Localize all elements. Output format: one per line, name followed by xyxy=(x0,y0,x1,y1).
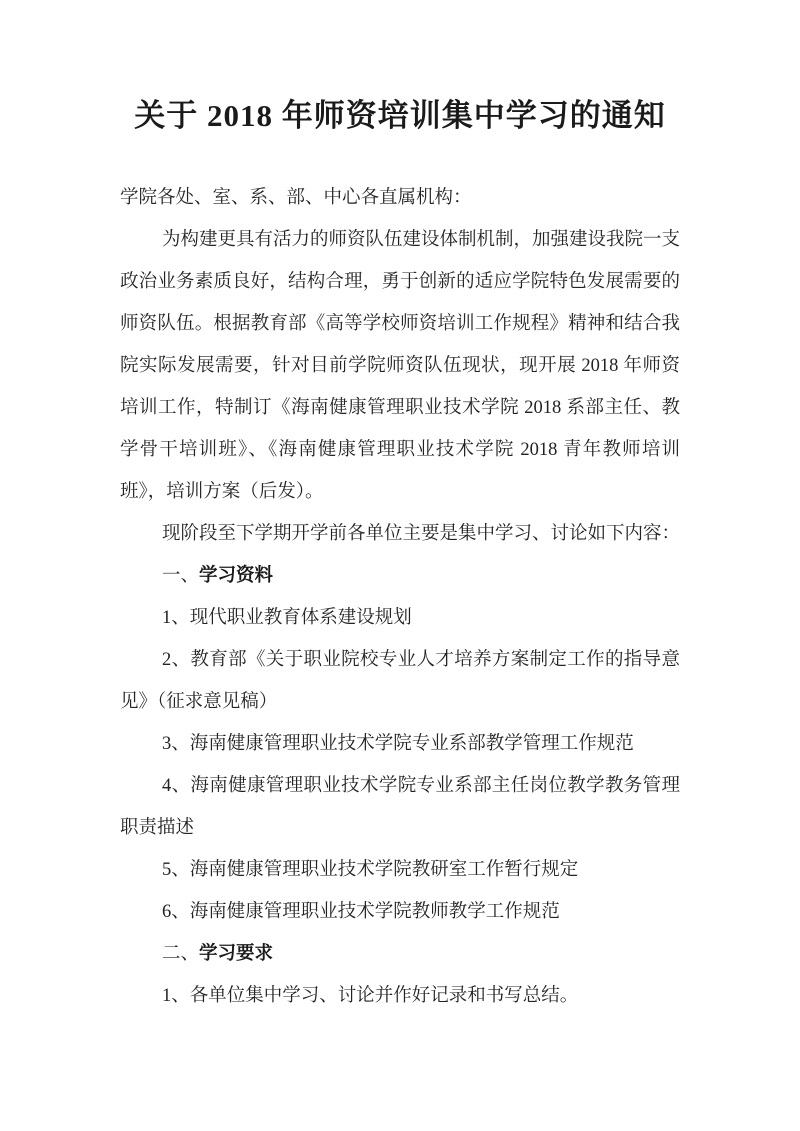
paragraph1-line-6: 学骨干培训班》、《海南健康管理职业技术学院 2018 青年教师培训 xyxy=(120,429,680,471)
paragraph2-line: 现阶段至下学期开学前各单位主要是集中学习、讨论如下内容： xyxy=(120,513,680,555)
list-item-6: 6、海南健康管理职业技术学院教师教学工作规范 xyxy=(120,891,680,933)
section2-number: 二、 xyxy=(162,944,199,964)
list-item-3: 3、海南健康管理职业技术学院专业系部教学管理工作规范 xyxy=(120,723,680,765)
paragraph1-line-1: 为构建更具有活力的师资队伍建设体制机制，加强建设我院一支 xyxy=(120,219,680,261)
list-item-1: 1、现代职业教育体系建设规划 xyxy=(120,597,680,639)
paragraph1-line-2: 政治业务素质良好，结构合理，勇于创新的适应学院特色发展需要的 xyxy=(120,261,680,303)
salutation-line: 学院各处、室、系、部、中心各直属机构： xyxy=(120,177,680,219)
list-item-5: 5、海南健康管理职业技术学院教研室工作暂行规定 xyxy=(120,849,680,891)
paragraph1-line-7: 班》，培训方案（后发）。 xyxy=(120,471,680,513)
section-heading-2: 二、学习要求 xyxy=(120,933,680,975)
section-heading-1: 一、学习资料 xyxy=(120,555,680,597)
paragraph1-line-5: 培训工作，特制订《海南健康管理职业技术学院 2018 系部主任、教 xyxy=(120,387,680,429)
paragraph1-line-3: 师资队伍。根据教育部《高等学校师资培训工作规程》精神和结合我 xyxy=(120,303,680,345)
section1-number: 一、 xyxy=(162,566,199,586)
paragraph1-line-4: 院实际发展需要，针对目前学院师资队伍现状，现开展 2018 年师资 xyxy=(120,345,680,387)
requirement-item-1: 1、各单位集中学习、讨论并作好记录和书写总结。 xyxy=(120,975,680,1017)
list-item-2-line-2: 见》（征求意见稿） xyxy=(120,681,680,723)
document-page: 关于 2018 年师资培训集中学习的通知 学院各处、室、系、部、中心各直属机构：… xyxy=(0,0,800,1131)
list-item-2-line-1: 2、教育部《关于职业院校专业人才培养方案制定工作的指导意 xyxy=(120,639,680,681)
list-item-4-line-2: 职责描述 xyxy=(120,807,680,849)
document-title: 关于 2018 年师资培训集中学习的通知 xyxy=(0,0,800,136)
section1-title: 学习资料 xyxy=(199,566,273,586)
section2-title: 学习要求 xyxy=(199,944,273,964)
list-item-4-line-1: 4、海南健康管理职业技术学院专业系部主任岗位教学教务管理 xyxy=(120,765,680,807)
document-body: 学院各处、室、系、部、中心各直属机构： 为构建更具有活力的师资队伍建设体制机制，… xyxy=(120,177,680,1017)
